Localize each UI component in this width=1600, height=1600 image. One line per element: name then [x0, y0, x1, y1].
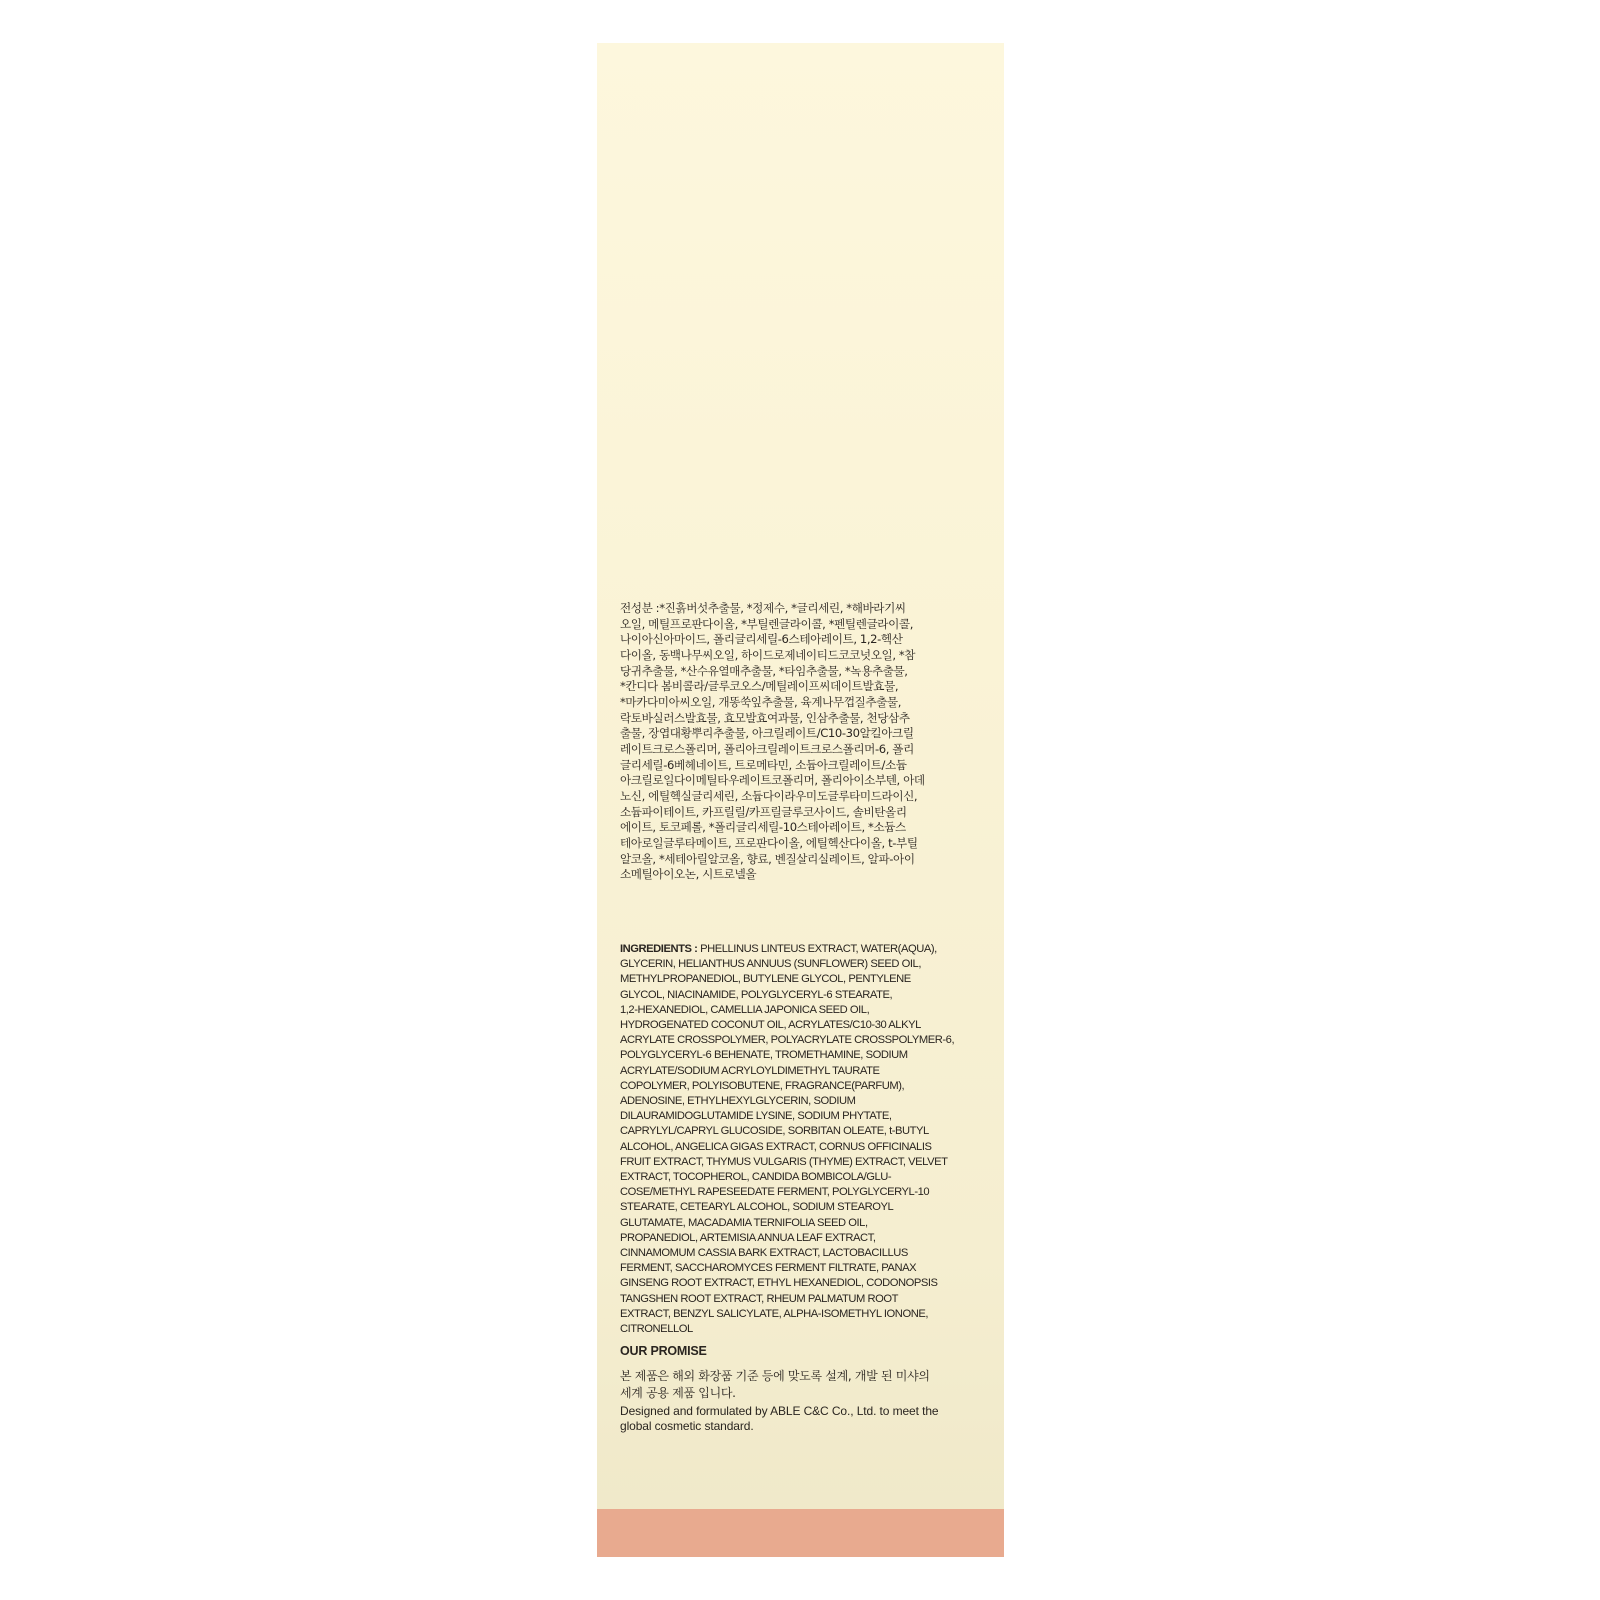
english-ingredients-label: INGREDIENTS :: [620, 943, 697, 955]
promise-korean-text: 본 제품은 해외 화장품 기준 등에 맞도록 설계, 개발 된 미샤의 세계 공…: [620, 1368, 1000, 1402]
bottom-color-band: [597, 1509, 1004, 1557]
english-ingredients-text: PHELLINUS LINTEUS EXTRACT, WATER(AQUA), …: [620, 943, 954, 1335]
korean-ingredients-text: *진흙버섯추출물, *정제수, *글리세린, *해바라기씨 오일, 메틸프로판다…: [620, 601, 925, 881]
promise-english-text: Designed and formulated by ABLE C&C Co.,…: [620, 1404, 1000, 1434]
promise-title: OUR PROMISE: [620, 1344, 707, 1358]
product-box-panel: 전성분 :*진흙버섯추출물, *정제수, *글리세린, *해바라기씨 오일, 메…: [597, 43, 1004, 1557]
korean-ingredients-label: 전성분 :: [620, 601, 659, 615]
korean-ingredients: 전성분 :*진흙버섯추출물, *정제수, *글리세린, *해바라기씨 오일, 메…: [620, 601, 990, 883]
english-ingredients: INGREDIENTS : PHELLINUS LINTEUS EXTRACT,…: [620, 942, 990, 1337]
